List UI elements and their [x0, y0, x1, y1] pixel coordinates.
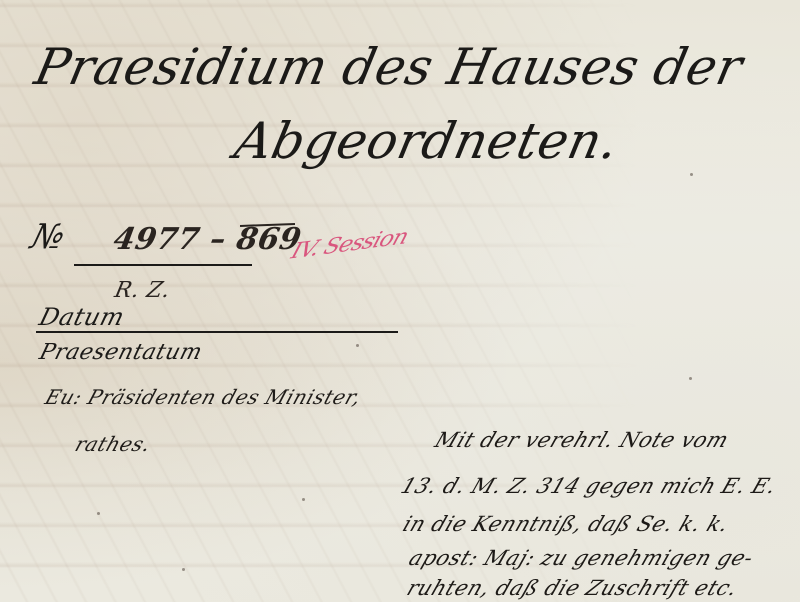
letterhead-line1: Praesidium des Hauses der [30, 38, 748, 96]
file-number-underline [74, 264, 252, 266]
paper-speck [356, 344, 359, 347]
addressee-note-line2: rathes. [72, 432, 154, 456]
praesentatum-label: Praesentatum [37, 340, 205, 365]
body-text-line: ruhten, daß die Zuschrift etc. [404, 576, 742, 600]
paper-speck [97, 512, 100, 515]
registry-mark: R. Z. [112, 278, 172, 303]
body-text-line: in die Kenntniß, daß Se. k. k. [400, 512, 733, 536]
datum-label: Datum [36, 303, 127, 331]
file-number: 4977 – 869 [111, 222, 304, 257]
paper-speck [690, 173, 693, 176]
paper-speck [302, 498, 305, 501]
letterhead-line2: Abgeordneten. [230, 112, 624, 170]
paper-speck [689, 377, 692, 380]
datum-rule [36, 331, 398, 333]
body-text-line: Mit der verehrl. Note vom [432, 428, 733, 452]
body-text-line: apost: Maj: zu genehmigen ge- [406, 546, 757, 570]
paper-speck [182, 568, 185, 571]
addressee-note-line1: Eu: Präsidenten des Minister, [42, 385, 364, 409]
body-text-line: 13. d. M. Z. 314 gegen mich E. E. [398, 474, 781, 498]
